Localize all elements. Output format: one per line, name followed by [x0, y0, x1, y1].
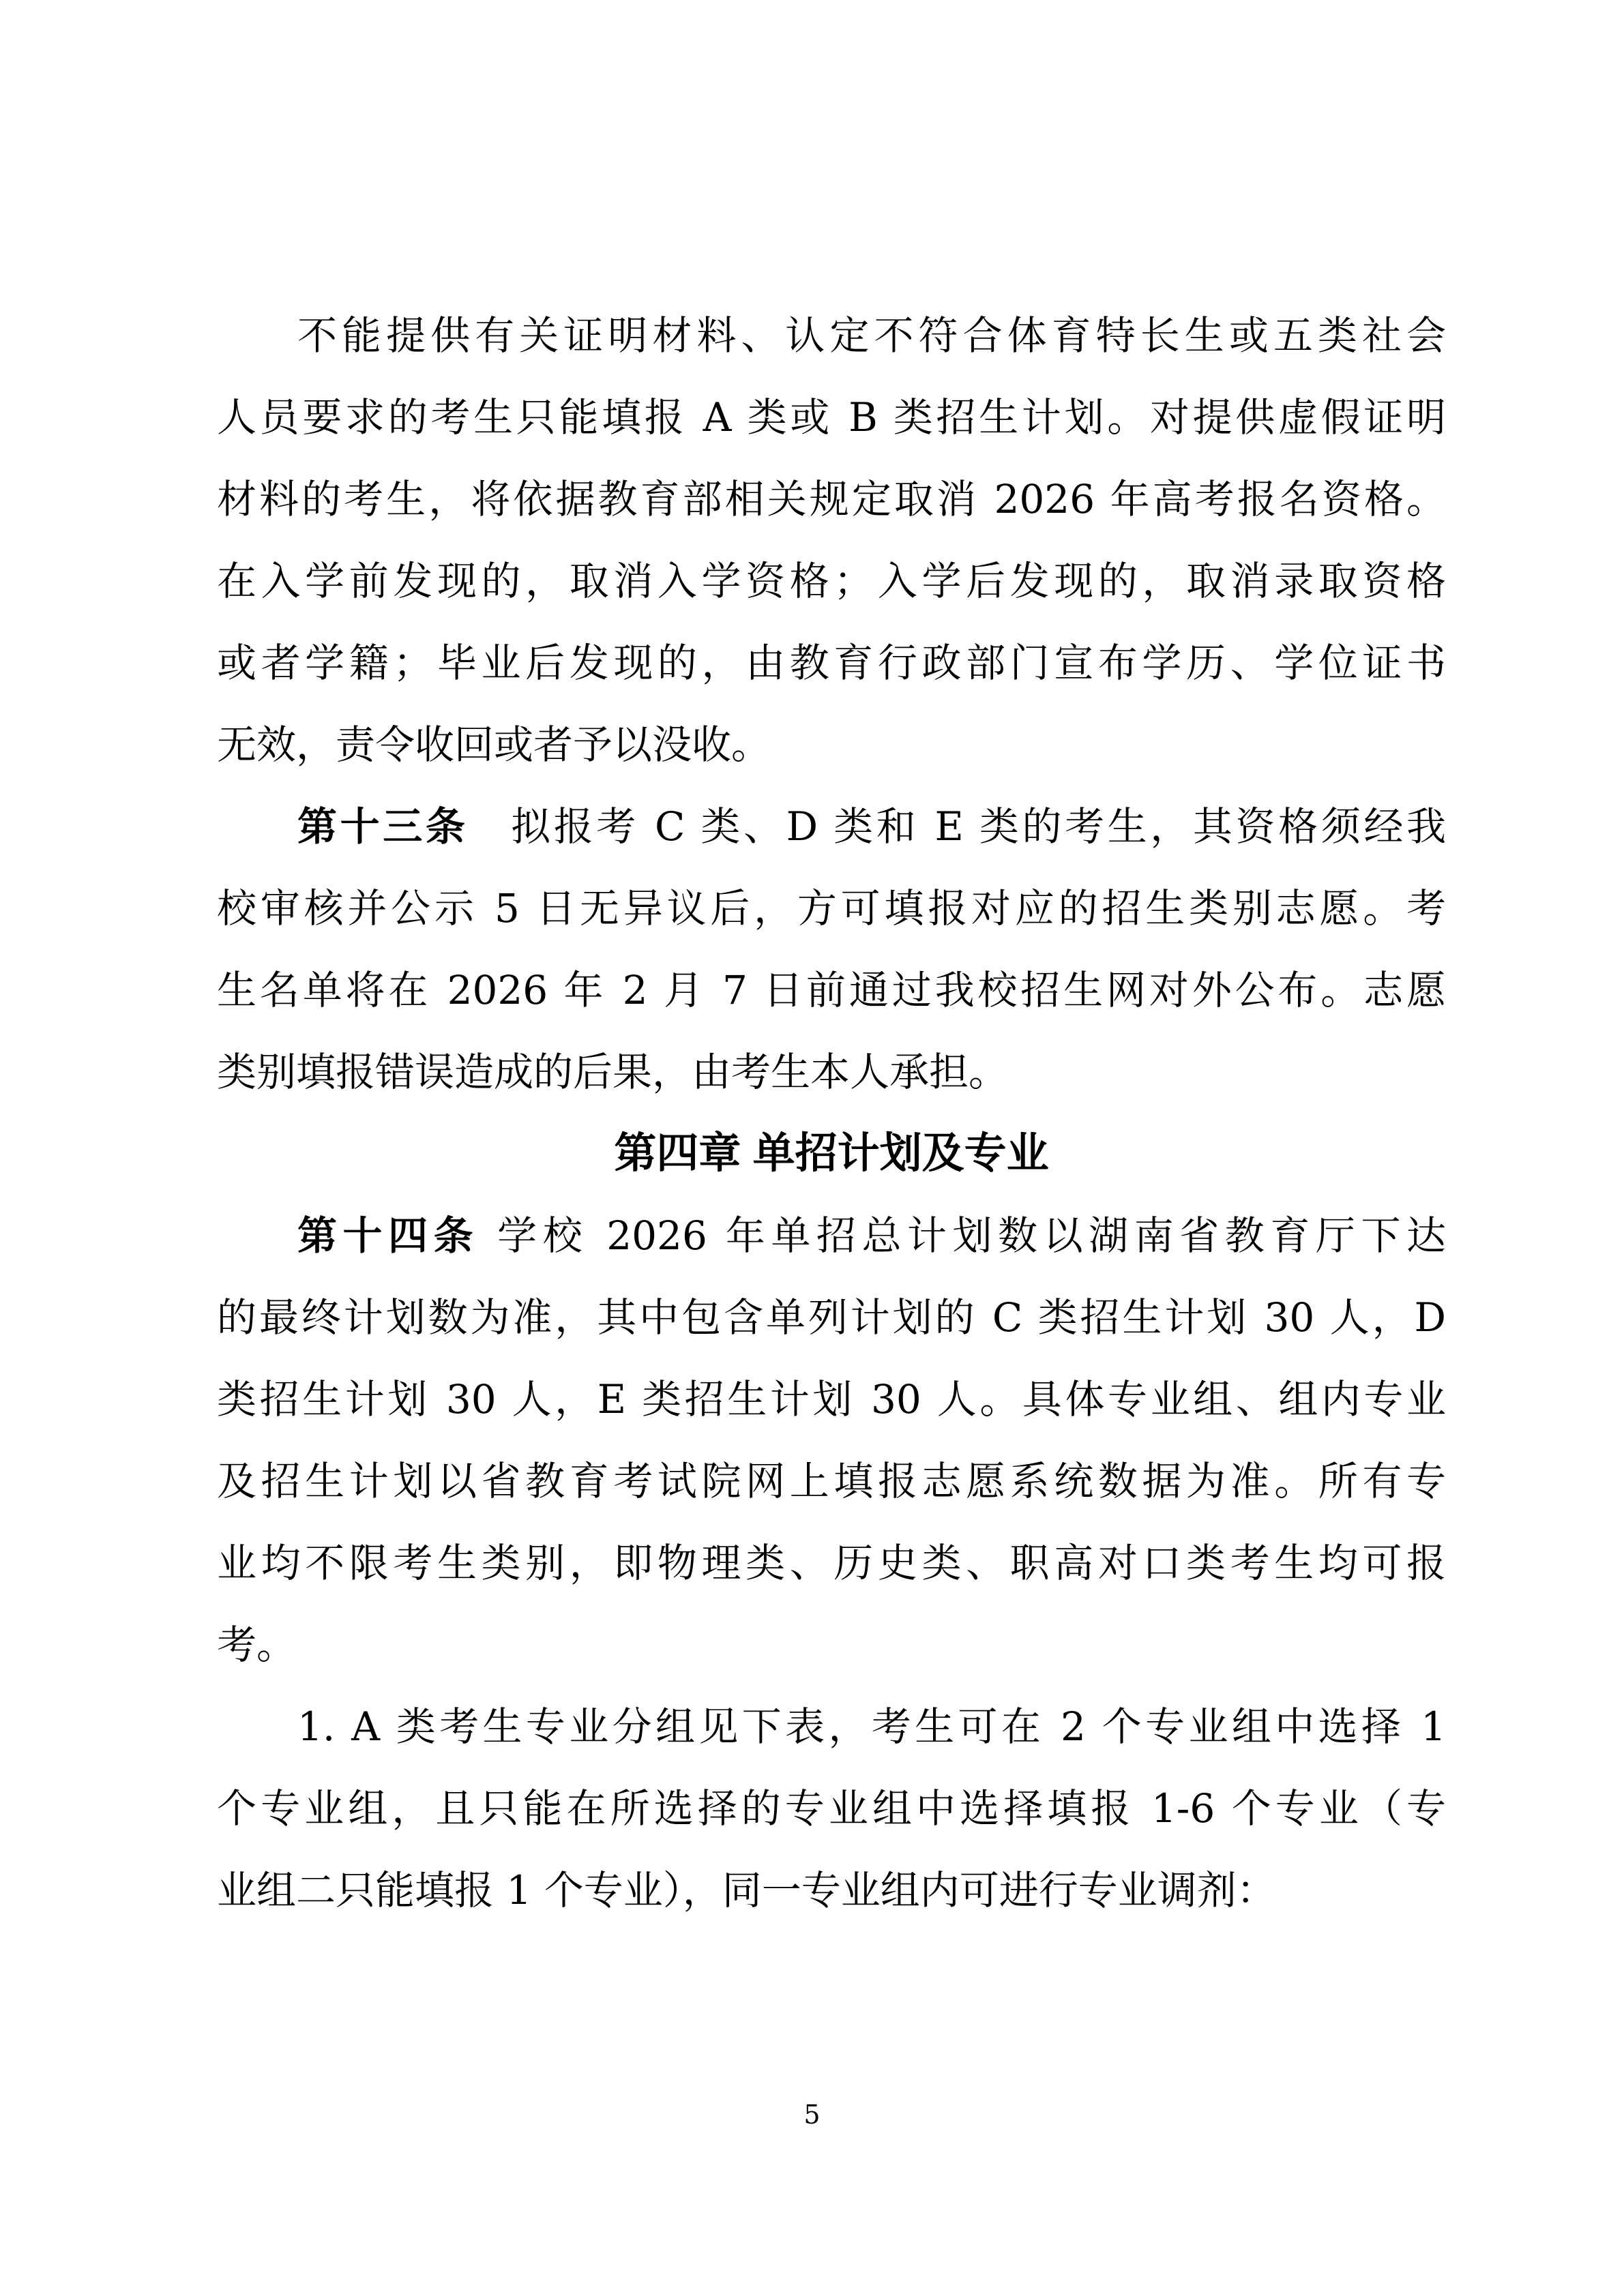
paragraph-line: 的最终计划数为准，其中包含单列计划的 C 类招生计划 30 人，D [217, 1277, 1446, 1358]
line-text: 人员要求的考生只能填报 A 类或 B 类招生计划。对提供虚假证明 [217, 394, 1446, 441]
paragraph-line: 生名单将在 2026 年 2 月 7 日前通过我校招生网对外公布。志愿 [217, 949, 1446, 1031]
document-body: 不能提供有关证明材料、认定不符合体育特长生或五类社会 人员要求的考生只能填报 A… [217, 295, 1446, 1931]
document-page: 不能提供有关证明材料、认定不符合体育特长生或五类社会 人员要求的考生只能填报 A… [0, 0, 1624, 2296]
paragraph-line: 无效，责令收回或者予以没收。 [217, 704, 1446, 786]
line-text: 及招生计划以省教育考试院网上填报志愿系统数据为准。所有专 [217, 1458, 1446, 1504]
line-text: 类别填报错误造成的后果，由考生本人承担。 [217, 1049, 1008, 1095]
line-text: 或者学籍；毕业后发现的，由教育行政部门宣布学历、学位证书 [217, 640, 1446, 686]
line-text: 1. A 类考生专业分组见下表，考生可在 2 个专业组中选择 1 [297, 1703, 1446, 1750]
line-text: 拟报考 C 类、D 类和 E 类的考生，其资格须经我 [468, 803, 1446, 850]
paragraph-line: 第十三条 拟报考 C 类、D 类和 E 类的考生，其资格须经我 [217, 786, 1446, 867]
line-text: 生名单将在 2026 年 2 月 7 日前通过我校招生网对外公布。志愿 [217, 967, 1446, 1013]
paragraph-line: 人员要求的考生只能填报 A 类或 B 类招生计划。对提供虚假证明 [217, 376, 1446, 458]
paragraph-line: 校审核并公示 5 日无异议后，方可填报对应的招生类别志愿。考 [217, 867, 1446, 949]
line-text: 不能提供有关证明材料、认定不符合体育特长生或五类社会 [297, 312, 1446, 359]
paragraph-line: 业组二只能填报 1 个专业），同一专业组内可进行专业调剂： [217, 1849, 1446, 1931]
page-number: 5 [0, 2099, 1624, 2130]
bold-lead: 第十四条 [297, 1212, 479, 1259]
paragraph-line: 类别填报错误造成的后果，由考生本人承担。 [217, 1031, 1446, 1113]
line-text: 类招生计划 30 人，E 类招生计划 30 人。具体专业组、组内专业 [217, 1376, 1446, 1422]
line-text: 校审核并公示 5 日无异议后，方可填报对应的招生类别志愿。考 [217, 885, 1446, 931]
line-text: 材料的考生，将依据教育部相关规定取消 2026 年高考报名资格。 [217, 476, 1446, 522]
line-text: 业均不限考生类别，即物理类、历史类、职高对口类考生均可报 [217, 1540, 1446, 1586]
line-text: 的最终计划数为准，其中包含单列计划的 C 类招生计划 30 人，D [217, 1294, 1446, 1341]
paragraph-line: 1. A 类考生专业分组见下表，考生可在 2 个专业组中选择 1 [217, 1686, 1446, 1768]
paragraph-line: 材料的考生，将依据教育部相关规定取消 2026 年高考报名资格。 [217, 458, 1446, 540]
paragraph-line: 考。 [217, 1604, 1446, 1686]
paragraph-line: 不能提供有关证明材料、认定不符合体育特长生或五类社会 [217, 295, 1446, 376]
line-text: 考。 [217, 1622, 296, 1668]
line-text: 在入学前发现的，取消入学资格；入学后发现的，取消录取资格 [217, 558, 1446, 604]
paragraph-line: 个专业组，且只能在所选择的专业组中选择填报 1-6 个专业（专 [217, 1768, 1446, 1849]
paragraph-line: 业均不限考生类别，即物理类、历史类、职高对口类考生均可报 [217, 1522, 1446, 1604]
chapter-heading: 第四章 单招计划及专业 [217, 1113, 1446, 1195]
paragraph-line: 类招生计划 30 人，E 类招生计划 30 人。具体专业组、组内专业 [217, 1358, 1446, 1440]
paragraph-line: 及招生计划以省教育考试院网上填报志愿系统数据为准。所有专 [217, 1440, 1446, 1522]
line-text: 学校 2026 年单招总计划数以湖南省教育厅下达 [479, 1212, 1446, 1259]
line-text: 个专业组，且只能在所选择的专业组中选择填报 1-6 个专业（专 [217, 1785, 1446, 1832]
paragraph-line: 第十四条 学校 2026 年单招总计划数以湖南省教育厅下达 [217, 1195, 1446, 1277]
line-text: 业组二只能填报 1 个专业），同一专业组内可进行专业调剂： [217, 1867, 1276, 1913]
paragraph-line: 或者学籍；毕业后发现的，由教育行政部门宣布学历、学位证书 [217, 622, 1446, 704]
paragraph-line: 在入学前发现的，取消入学资格；入学后发现的，取消录取资格 [217, 540, 1446, 622]
line-text: 无效，责令收回或者予以没收。 [217, 721, 771, 768]
bold-lead: 第十三条 [297, 803, 468, 850]
